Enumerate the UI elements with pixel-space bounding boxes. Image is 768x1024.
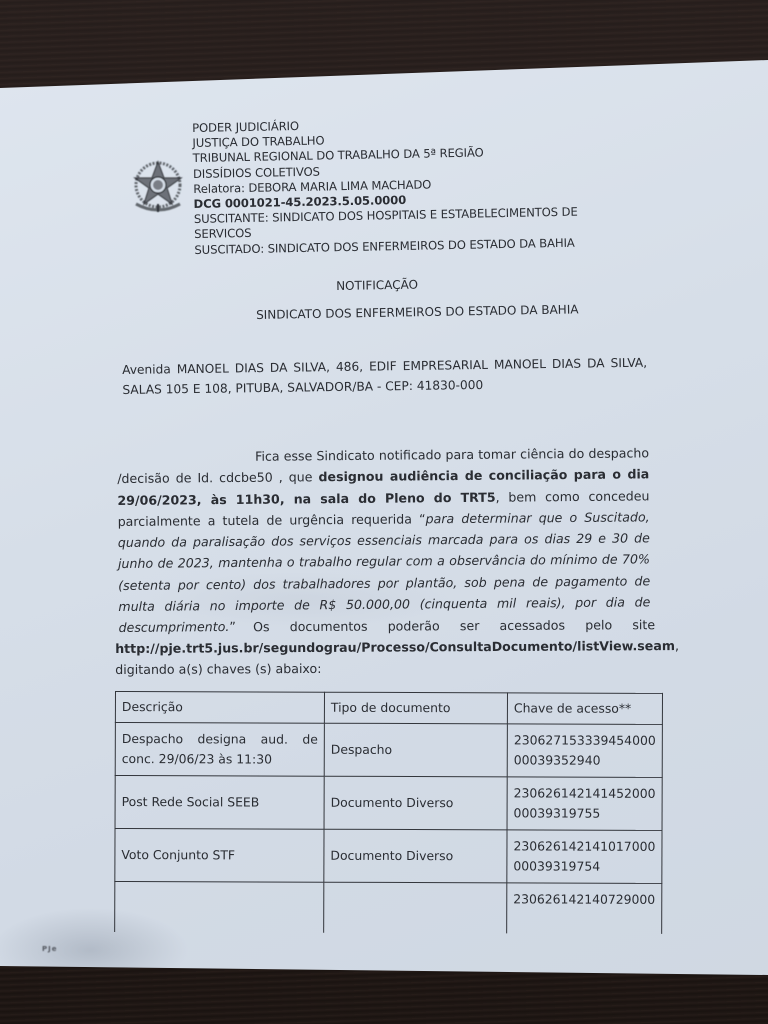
row-access-key: 230626142140729000 xyxy=(507,883,662,934)
row-access-key: 23062614214145200000039319755 xyxy=(507,777,662,831)
brazil-coat-of-arms-icon xyxy=(128,156,188,218)
photo-scene: PODER JUDICIÁRIO JUSTIÇA DO TRABALHO TRI… xyxy=(0,0,768,1024)
table-row: Post Rede Social SEEB Documento Diverso … xyxy=(115,776,662,831)
row-type: Documento Diverso xyxy=(324,829,507,883)
row-type xyxy=(324,882,507,933)
notification-body: Fica esse Sindicato notificado para toma… xyxy=(117,442,651,638)
table-row: 230626142140729000 xyxy=(115,882,662,934)
access-key-line-1: 230626142140729000 xyxy=(513,889,655,909)
access-key-line-1: 230626142141452000 xyxy=(514,783,656,803)
table-row: Voto Conjunto STF Documento Diverso 2306… xyxy=(115,829,662,884)
row-type: Despacho xyxy=(324,723,507,777)
column-header-type: Tipo de documento xyxy=(324,692,507,724)
access-key-line-2: 00039352940 xyxy=(514,750,656,770)
row-description: Voto Conjunto STF xyxy=(115,829,324,883)
notification-document: PODER JUDICIÁRIO JUSTIÇA DO TRABALHO TRI… xyxy=(0,0,768,1024)
access-key-line-2: 00039319755 xyxy=(514,803,656,823)
access-url-link[interactable]: http://pje.trt5.jus.br/segundograu/Proce… xyxy=(115,638,675,656)
column-header-access-key: Chave de acesso** xyxy=(507,693,662,725)
recipient-address: Avenida MANOEL DIAS DA SILVA, 486, EDIF … xyxy=(122,353,648,400)
row-type: Documento Diverso xyxy=(324,776,507,830)
access-intro: Os documentos poderão ser acessados pelo… xyxy=(253,617,655,634)
access-key-line-1: 230627153339454000 xyxy=(514,730,656,750)
row-access-key: 23062614214101700000039319754 xyxy=(507,830,662,884)
access-instructions: Os documentos poderão ser acessados pelo… xyxy=(115,614,655,680)
documents-table: Descrição Tipo de documento Chave de ace… xyxy=(114,691,663,934)
access-key-line-1: 230626142141017000 xyxy=(513,836,655,856)
row-description: Despacho designa aud. de conc. 29/06/23 … xyxy=(115,723,324,777)
recipient-name: SINDICATO DOS ENFERMEIROS DO ESTADO DA B… xyxy=(256,302,579,322)
row-description xyxy=(115,882,324,933)
column-header-description: Descrição xyxy=(115,692,324,724)
table-header-row: Descrição Tipo de documento Chave de ace… xyxy=(115,692,662,725)
court-header: PODER JUDICIÁRIO JUSTIÇA DO TRABALHO TRI… xyxy=(192,113,615,258)
row-access-key: 23062715333945400000039352940 xyxy=(507,724,662,778)
row-description: Post Rede Social SEEB xyxy=(115,776,324,830)
document-title: NOTIFICAÇÃO xyxy=(336,278,418,293)
access-key-line-2: 00039319754 xyxy=(513,856,655,876)
footer-fragment: PJe xyxy=(42,945,57,953)
table-row: Despacho designa aud. de conc. 29/06/23 … xyxy=(115,723,662,778)
